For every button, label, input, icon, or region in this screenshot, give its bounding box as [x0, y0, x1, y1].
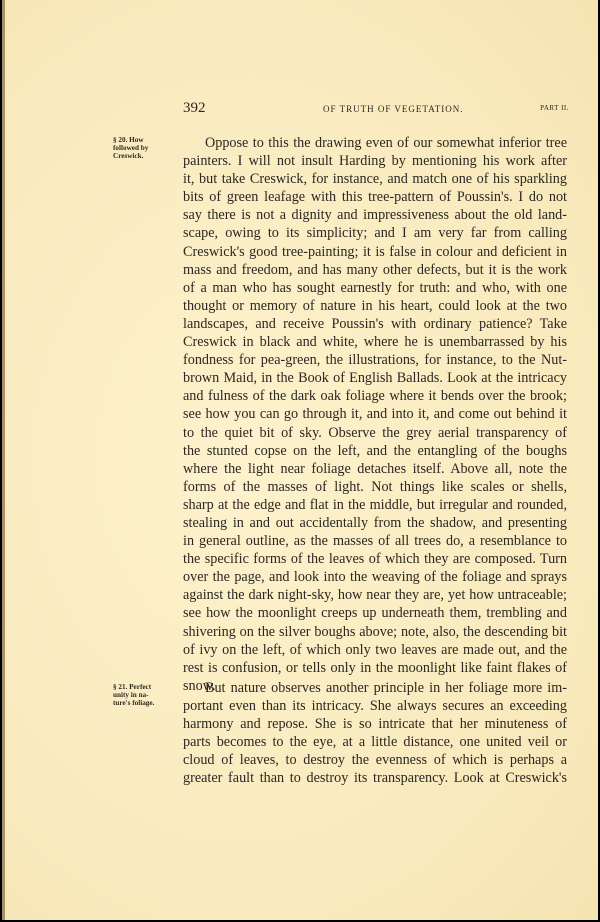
sidenote-section-20: § 20. How followed by Creswick. — [113, 136, 183, 160]
text-line: bits of green leafage with this tree-pat… — [183, 188, 567, 206]
text-line: greater fault than to destroy its transp… — [183, 769, 567, 787]
text-line: of a man who has sought earnestly for tr… — [183, 279, 567, 297]
text-line: painters. I will not insult Harding by m… — [183, 152, 567, 170]
part-label: PART II. — [540, 104, 569, 112]
sidenote-line: § 21. Perfect — [113, 683, 183, 691]
text-line: parts becomes to the eye, at a little di… — [183, 733, 567, 751]
sidenote-section-21: § 21. Perfect unity in na- ture's foliag… — [113, 683, 183, 707]
sidenote-line: followed by — [113, 144, 183, 152]
text-line: stealing in and out accidentally from th… — [183, 514, 567, 532]
text-line: fondness for pea-green, the illustration… — [183, 351, 567, 369]
text-line: Oppose to this the drawing even of our s… — [183, 134, 567, 152]
text-line: against the dark night-sky, how near the… — [183, 586, 567, 604]
text-line: forms of the masses of light. Not things… — [183, 478, 567, 496]
text-line: the stunted copse on the left, and the e… — [183, 442, 567, 460]
text-line: shivering on the silver boughs above; no… — [183, 623, 567, 641]
sidenote-line: Creswick. — [113, 152, 183, 160]
text-line: rest is confusion, or tells only in the … — [183, 659, 567, 677]
sidenote-line: ture's foliage. — [113, 699, 183, 707]
text-line: harmony and repose. She is so intricate … — [183, 715, 567, 733]
page-header: 392 OF TRUTH OF VEGETATION. PART II. — [183, 100, 569, 120]
text-line: the specific forms of the leaves of whic… — [183, 550, 567, 568]
text-line: say there is not a dignity and impressiv… — [183, 206, 567, 224]
text-line: But nature observes another principle in… — [183, 679, 567, 697]
running-title: OF TRUTH OF VEGETATION. — [323, 104, 463, 114]
text-line: portant even than its intricacy. She alw… — [183, 697, 567, 715]
text-line: see how the moonlight creeps up undernea… — [183, 604, 567, 622]
text-line: and fulness of the dark oak foliage wher… — [183, 387, 567, 405]
text-line: mass and freedom, and has many other def… — [183, 261, 567, 279]
sidenote-line: § 20. How — [113, 136, 183, 144]
text-line: over the page, and look into the weaving… — [183, 568, 567, 586]
text-line: it, but take Creswick, for instance, and… — [183, 170, 567, 188]
text-line: cloud of leaves, to destroy the evenness… — [183, 751, 567, 769]
paragraph-1: Oppose to this the drawing even of our s… — [183, 134, 567, 695]
text-line: scape, owing to its simplicity; and I am… — [183, 224, 567, 242]
text-line: thought or memory of nature in his heart… — [183, 297, 567, 315]
page-number: 392 — [183, 100, 206, 117]
text-line: where the light near foliage detaches it… — [183, 460, 567, 478]
paragraph-2: But nature observes another principle in… — [183, 679, 567, 788]
book-page: 392 OF TRUTH OF VEGETATION. PART II. § 2… — [2, 0, 598, 920]
text-line: brown Maid, in the Book of English Balla… — [183, 369, 567, 387]
text-line: of ivy on the left, of which only two le… — [183, 641, 567, 659]
text-line: see how you can go through it, and into … — [183, 405, 567, 423]
text-line: Creswick in black and white, where he is… — [183, 333, 567, 351]
sidenote-line: unity in na- — [113, 691, 183, 699]
text-line: in general outline, as the masses of all… — [183, 532, 567, 550]
text-line: sharp at the edge and flat in the middle… — [183, 496, 567, 514]
text-line: Creswick's good tree-painting; it is fal… — [183, 243, 567, 261]
text-line: to the quiet bit of sky. Observe the gre… — [183, 424, 567, 442]
text-line: landscapes, and receive Poussin's with o… — [183, 315, 567, 333]
